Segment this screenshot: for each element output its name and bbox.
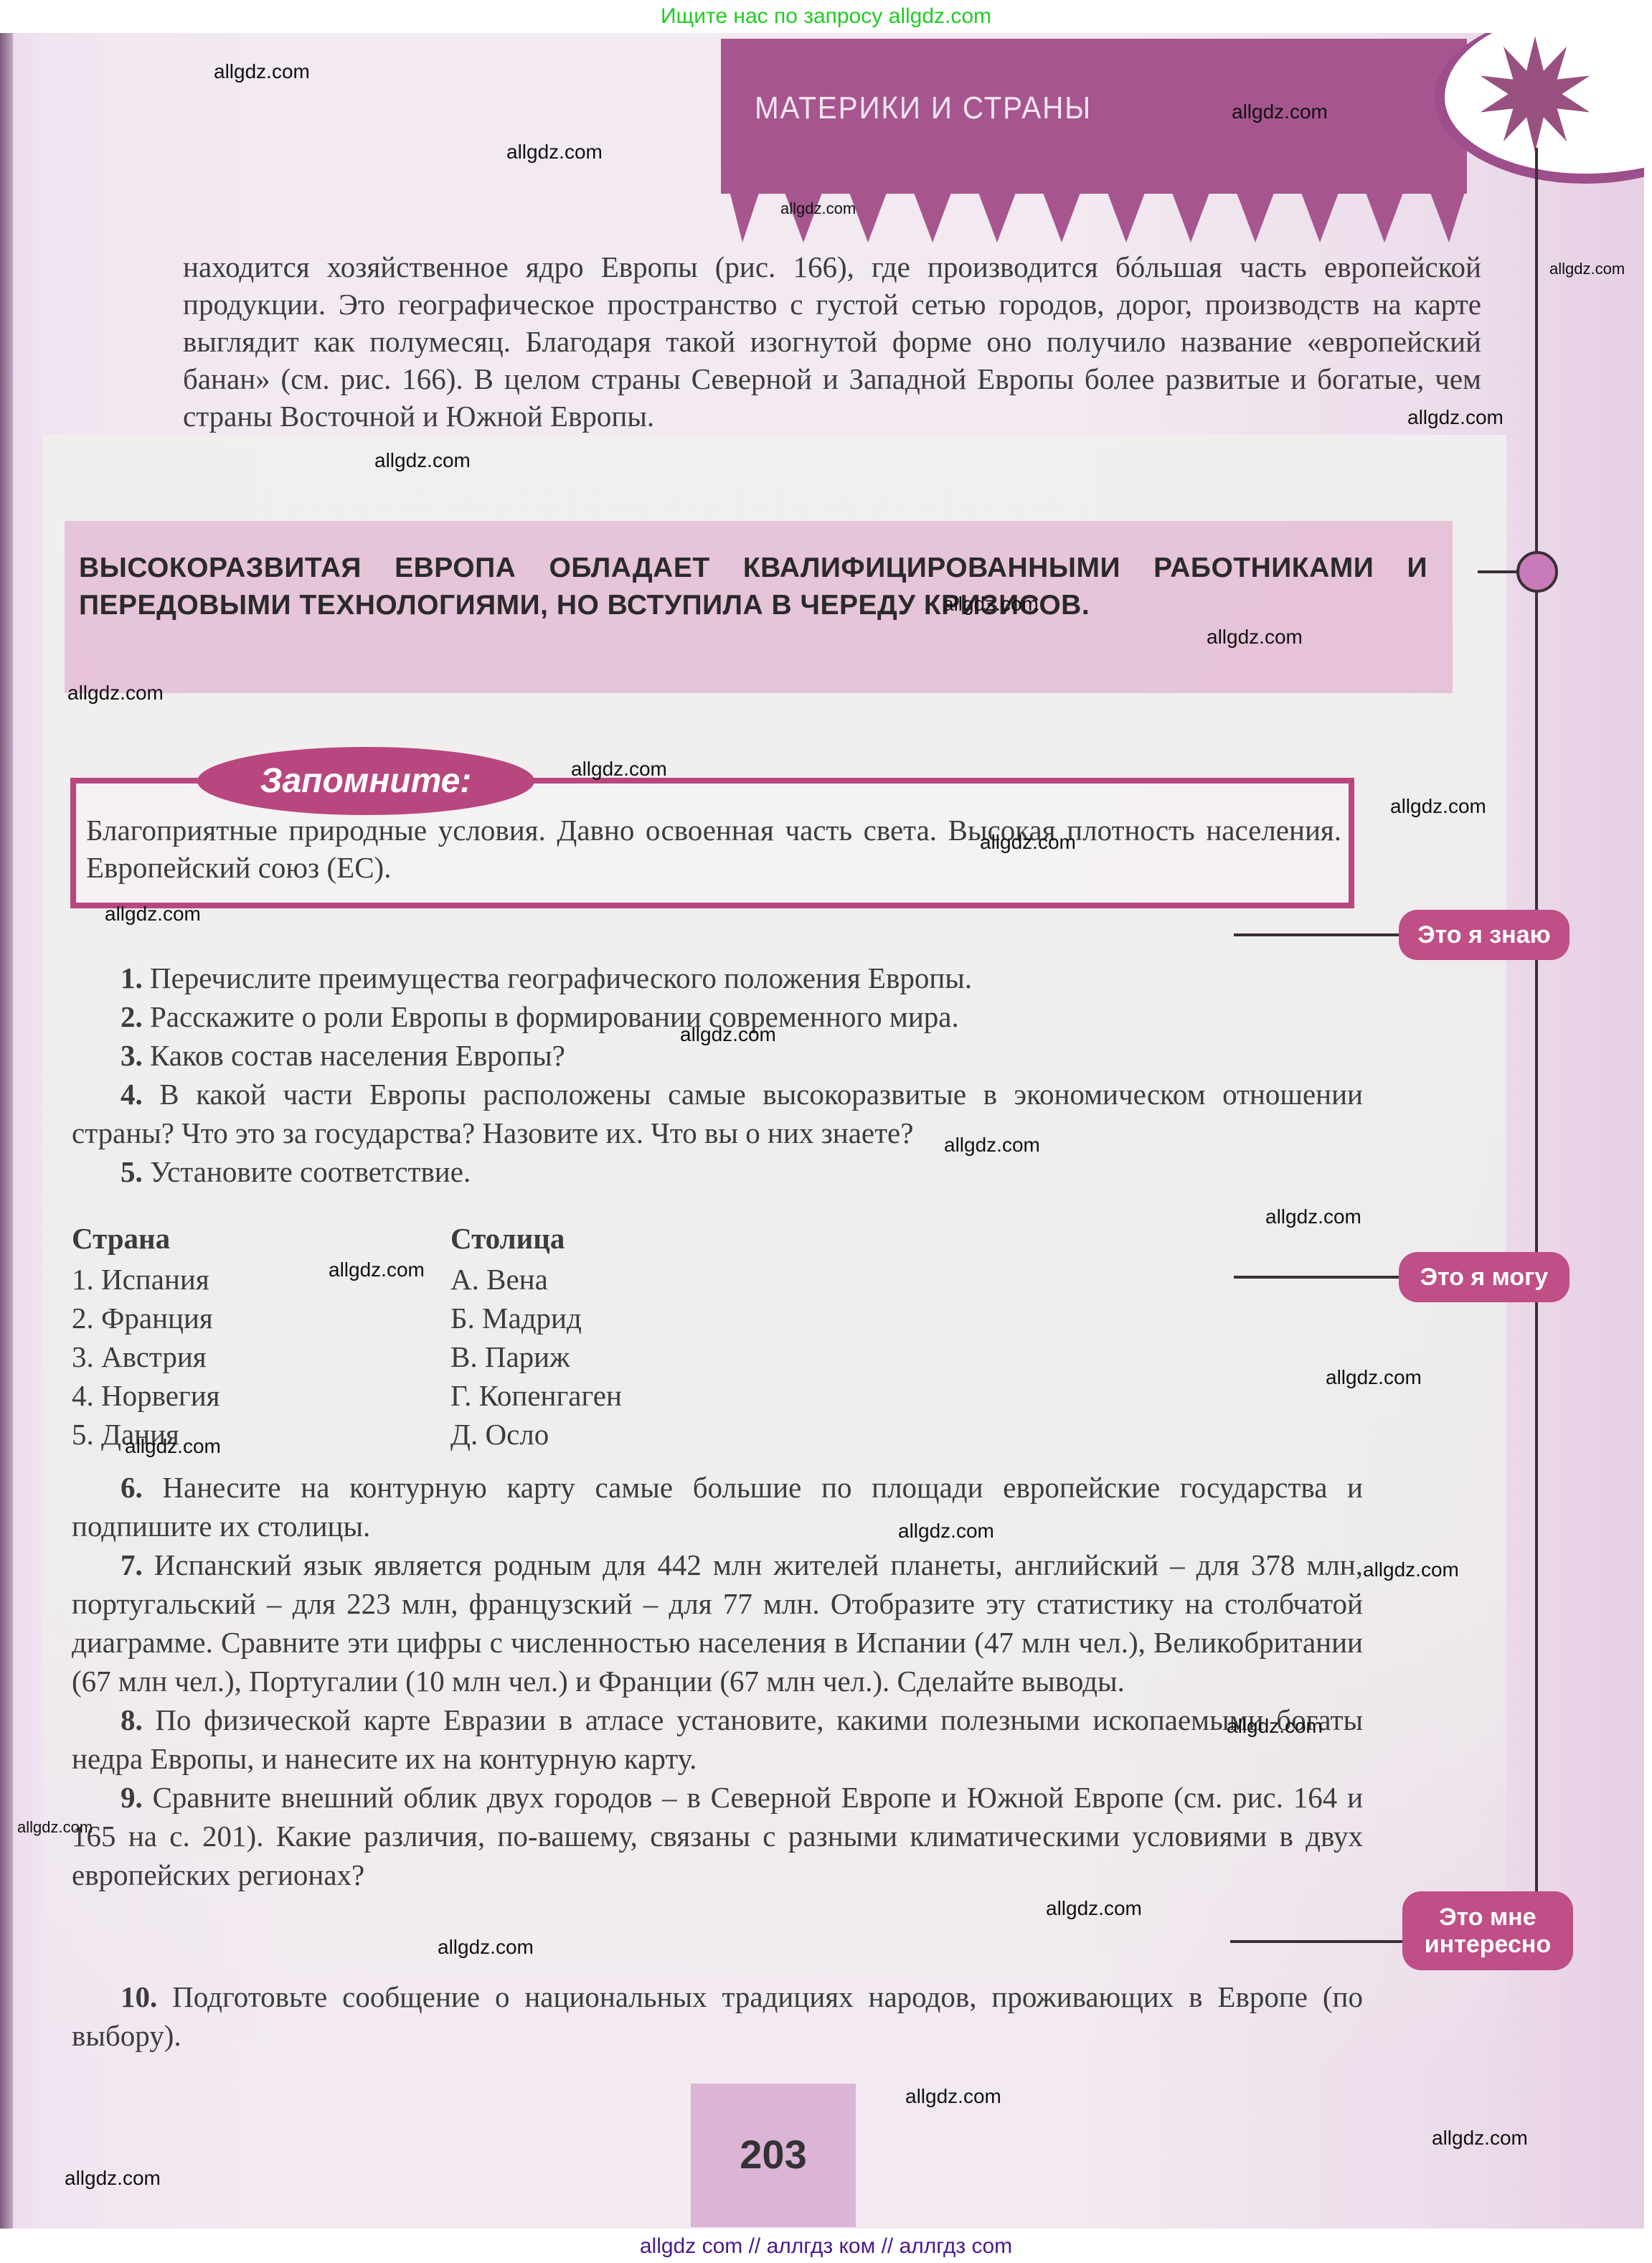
watermark: allgdz.com — [944, 1134, 1040, 1157]
country-item: 3. Австрия — [72, 1337, 220, 1376]
watermark: allgdz.com — [214, 60, 310, 83]
star-icon — [1467, 33, 1603, 155]
page-number: 203 — [691, 2131, 856, 2178]
key-statement: ВЫСОКОРАЗВИТАЯ ЕВРОПА ОБЛАДАЕТ КВАЛИФИЦИ… — [79, 550, 1427, 624]
section-title: МАТЕРИКИ И СТРАНЫ — [755, 90, 1092, 126]
badge-connector-interesting — [1230, 1940, 1402, 1943]
badge-this-i-know: Это я знаю — [1399, 910, 1570, 960]
country-header: Страна — [72, 1217, 220, 1260]
questions-list-c: 10. Подготовьте сообщение о национальных… — [72, 1977, 1363, 2055]
capital-header: Столица — [450, 1217, 622, 1260]
watermark: allgdz.com — [780, 199, 856, 218]
watermark: allgdz.com — [65, 2167, 161, 2190]
country-item: 2. Франция — [72, 1299, 220, 1337]
country-item: 1. Испания — [72, 1260, 220, 1299]
capital-item: Б. Мадрид — [450, 1299, 622, 1337]
watermark: allgdz.com — [943, 593, 1039, 616]
watermark: allgdz.com — [1363, 1558, 1459, 1581]
watermark: allgdz.com — [1227, 1715, 1323, 1738]
capital-column: Столица А. Вена Б. Мадрид В. Париж Г. Ко… — [450, 1217, 622, 1454]
question-5: 5. Установите соответствие. — [72, 1152, 1363, 1191]
watermark: allgdz.com — [1326, 1366, 1422, 1389]
watermark: allgdz.com — [898, 1520, 994, 1543]
bottom-banner[interactable]: allgdz com // аллгдз ком // аллгдз com — [0, 2230, 1652, 2263]
questions-list-a: 1. Перечислите преимущества географическ… — [72, 959, 1363, 1191]
watermark: allgdz.com — [1207, 626, 1303, 649]
watermark: allgdz.com — [438, 1936, 534, 1959]
capital-item: Г. Копенгаген — [450, 1376, 622, 1415]
question-4: 4. В какой части Европы расположены самы… — [72, 1075, 1363, 1152]
badge-label-line1: Это мне — [1439, 1904, 1536, 1931]
country-column: Страна 1. Испания 2. Франция 3. Австрия … — [72, 1217, 220, 1454]
country-item: 4. Норвегия — [72, 1376, 220, 1415]
timeline-dot — [1516, 551, 1558, 593]
question-1: 1. Перечислите преимущества географическ… — [72, 959, 1363, 997]
capital-item: В. Париж — [450, 1337, 622, 1376]
watermark: allgdz.com — [329, 1258, 425, 1281]
page-spine-shadow — [0, 33, 13, 2229]
watermark: allgdz.com — [1046, 1897, 1142, 1920]
badge-this-is-interesting: Это мне интересно — [1402, 1891, 1573, 1970]
question-8: 8. По физической карте Евразии в атласе … — [72, 1700, 1363, 1778]
timeline-connector — [1478, 570, 1518, 573]
question-9: 9. Сравните внешний облик двух городов –… — [72, 1778, 1363, 1894]
watermark: allgdz.com — [1265, 1205, 1361, 1228]
top-banner[interactable]: Ищите нас по запросу allgdz.com — [0, 0, 1652, 33]
questions-list-b: 6. Нанесите на контурную карту самые бол… — [72, 1468, 1363, 1894]
remember-label: Запомните: — [197, 747, 534, 815]
watermark: allgdz.com — [1407, 406, 1504, 429]
watermark: allgdz.com — [125, 1435, 221, 1458]
watermark: allgdz.com — [980, 831, 1076, 854]
badge-label-line2: интересно — [1425, 1931, 1551, 1958]
watermark: allgdz.com — [506, 141, 603, 164]
watermark: allgdz.com — [1432, 2127, 1528, 2150]
remember-text: Благоприятные природные условия. Давно о… — [86, 811, 1341, 886]
timeline-line — [1535, 148, 1538, 1963]
intro-paragraph: находится хозяйственное ядро Европы (рис… — [183, 248, 1481, 435]
watermark: allgdz.com — [571, 758, 667, 781]
watermark: allgdz.com — [680, 1023, 776, 1046]
watermark: allgdz.com — [905, 2085, 1001, 2108]
watermark: allgdz.com — [17, 1818, 93, 1837]
textbook-page: МАТЕРИКИ И СТРАНЫ находится хозяйственно… — [0, 33, 1644, 2229]
watermark: allgdz.com — [67, 682, 164, 705]
badge-connector-know — [1234, 933, 1399, 936]
watermark: allgdz.com — [1549, 260, 1625, 278]
question-7: 7. Испанский язык является родным для 44… — [72, 1545, 1363, 1700]
question-10: 10. Подготовьте сообщение о национальных… — [72, 1977, 1363, 2055]
capital-item: Д. Осло — [450, 1415, 622, 1454]
badge-connector-can — [1234, 1276, 1399, 1279]
watermark: allgdz.com — [1390, 795, 1486, 818]
badge-label: Это я знаю — [1417, 921, 1550, 949]
watermark: allgdz.com — [374, 449, 471, 472]
question-6: 6. Нанесите на контурную карту самые бол… — [72, 1468, 1363, 1545]
badge-label: Это я могу — [1420, 1264, 1548, 1291]
intro-text: находится хозяйственное ядро Европы (рис… — [183, 248, 1481, 435]
watermark: allgdz.com — [1232, 100, 1328, 123]
capital-item: А. Вена — [450, 1260, 622, 1299]
watermark: allgdz.com — [105, 903, 201, 926]
badge-this-i-can: Это я могу — [1399, 1252, 1570, 1302]
